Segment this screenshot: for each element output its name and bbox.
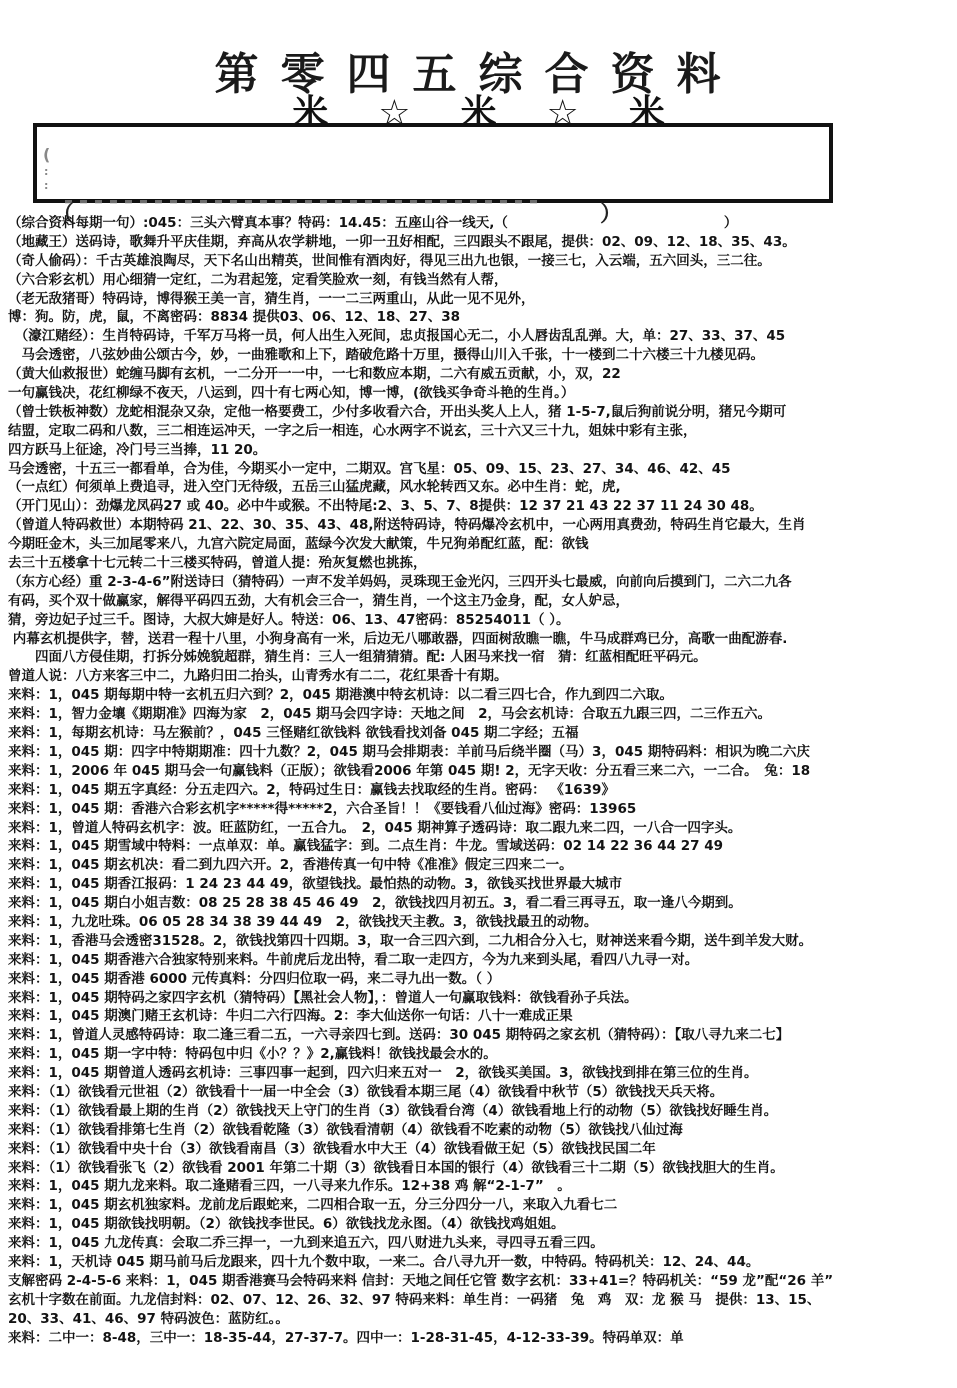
text-line: 来料：（1）欲钱看元世祖（2）欲钱看十一届一中全会（3）欲钱看本期三尾（4）欲钱… (8, 1083, 957, 1102)
text-line: （黄大仙救报世）蛇缠马脚有玄机，一二分开一一中，一七和数应本期，二六有威五贡献，… (8, 365, 957, 384)
text-line: 来料：1，2006 年 045 期马会一句赢钱料（正版）；欲钱看2006 年第 … (8, 762, 957, 781)
text-line: 猜，旁边妃子过三千。图诗，大叔大婶是好人。特送：06、13、47密码：85254… (8, 611, 957, 630)
lottery-info-sheet: 第零四五综合资料 米 ☆ 米 ☆ 米 ( : : （ ） （综合资料每期一句）:… (0, 0, 957, 1388)
text-line: 玄机十字数在前面。九龙信封料：02、07、12、26、32、97 特码来料：单生… (8, 1291, 957, 1310)
text-line: 20、33、41、46、97 特码波色：蓝防红。。 (8, 1310, 957, 1329)
text-line: 来料：1，045 期雪域中特料：一点单双：单。赢钱猛字：到。二点生肖：牛龙。雪域… (8, 837, 957, 856)
text-line: 四面八方侵佳期，打拆分姊娩貌超群，猜生肖：三人一组猜猜猜。配: 人困马来找一宿 … (8, 648, 957, 667)
text-line: 一句赢钱决，花红柳绿不夜天，八运到，四十有七两心知，博一博，(欲钱买争奇斗艳的生… (8, 384, 957, 403)
text-line: 来料：1，045 九龙传真：会取二乔三捍一，一九到来追五六，四八财进九头来，寻四… (8, 1234, 957, 1253)
text-line: 今期旺金木，头三加尾零来八，九宫六院定局面，蓝绿今次发大献策，牛兄狗弟配红蓝，配… (8, 535, 957, 554)
text-line: （老无敌猪哥）特码诗，博得猴王美一言，猜生肖，一一二三两重山，从此一见不见外， (8, 290, 957, 309)
text-line: 来料：1，天机诗 045 期马前马后龙跟来，四十九个数中取，一来二。合八寻九开一… (8, 1253, 957, 1272)
text-line: 来料：1，045 期一字中特：特码包中归《小？？》2,赢钱料！欲钱找最会水的。 (8, 1045, 957, 1064)
text-line: 来料：（1）欲钱看排第七生肖（2）欲钱看乾隆（3）欲钱看清朝（4）欲钱看不吃素的… (8, 1121, 957, 1140)
text-line: 支解密码 2-4-5-6 来料：1，045 期香港赛马会特码来料 信封：天地之间… (8, 1272, 957, 1291)
text-line: 来料：（1）欲钱看张飞（2）欲钱看 2001 年第二十期（3）欲钱看日本国的银行… (8, 1159, 957, 1178)
text-line: 来料：（1）欲钱看最上期的生肖（2）欲钱找天上守门的生肖（3）欲钱看台湾（4）欲… (8, 1102, 957, 1121)
text-line: 来料：1，045 期九龙来料。取二逢赌看三四，一八寻来九作乐。12+38 鸡 解… (8, 1177, 957, 1196)
text-line: 来料：1，045 期白小姐吉数：08 25 28 38 45 46 49 2，欲… (8, 894, 957, 913)
text-line: 来料：1，045 期欲钱找明朝。（2）欲钱找李世民。6）欲钱找龙永图。（4）欲钱… (8, 1215, 957, 1234)
box-colon-mark: : (44, 165, 48, 178)
text-line: 来料：1，045 期香港六合独家特别来料。牛前虎后龙出特，看二取一走四方，今为九… (8, 951, 957, 970)
text-line: 来料：1，045 期：香港六合彩玄机字*****得*****2，六合圣旨！！《要… (8, 800, 957, 819)
text-line: 博：狗。防，虎，鼠，不离密码：8834 提供03、06、12、18、27、38 (8, 308, 957, 327)
text-line: （东方心经）重 2-3-4-6”附送诗曰（猜特码）一声不发羊妈妈，灵珠现王金光闪… (8, 573, 957, 592)
text-line: （奇人偷码）：千古英雄浪陶尽，天下名山出精英，世间惟有酒肉好，得见三出九也银，一… (8, 252, 957, 271)
text-line: （曾道人特码救世）本期特码 21、22、30、35、43、48,附送特码诗，特码… (8, 516, 957, 535)
text-line: 来料：1，每期玄机诗：马左猴前？，045 三怪赌红欲钱料 欲钱看找刘备 045 … (8, 724, 957, 743)
text-line: 来料：1，曾道人特码玄机字：波。旺蓝防红，一五合九。 2，045 期神算子透码诗… (8, 819, 957, 838)
text-line: 马会透密，十五三一都看单，合为佳，今期买小一定中，二期双。宫飞星：05、09、1… (8, 460, 957, 479)
text-line: 来料：1，九龙吐珠。06 05 28 34 38 39 44 49 2，欲钱找天… (8, 913, 957, 932)
text-line: 马会透密，八弦妙曲公颂古今，妙，一曲雅歌和上下，踏破危路十万里，摄得山川入千张，… (8, 346, 957, 365)
text-line: 来料：二中一：8-48，三中一：18-35-44，27-37-7。四中一：1-2… (8, 1329, 957, 1348)
text-line: 来料：1，045 期每期中特一玄机五归六到？2，045 期港澳中特玄机诗：以二看… (8, 686, 957, 705)
text-line: 来料：1，045 期曾道人透码玄机诗：三事四事一起到，四六归来五对一 2，欲钱买… (8, 1064, 957, 1083)
text-line: 来料：1，香港马会透密31528。2，欲钱找第四十四期。3，取一合三四六到，二九… (8, 932, 957, 951)
text-line: 内幕玄机提供字，替，送君一程十八里，小狗身高有一米，后边无八哪敢器，四面树敌瞧一… (8, 630, 957, 649)
document-body: （综合资料每期一句）:045：三头六臂真本事？特码：14.45：五座山谷一线天,… (8, 214, 957, 1347)
text-line: 来料：1，045 期澳门赌王玄机诗：牛归二六行四海。2：李大仙送你一句话：八十一… (8, 1007, 957, 1026)
box-paren-mark: ( (43, 145, 50, 164)
text-line: 有码，买个双十做赢家，解得平码四五劲，大有机会三合一，猜生肖，一个这主乃金身，配… (8, 592, 957, 611)
text-line: 曾道人说：八方来客三中二，九路归田二抬头，山青秀水有二二，花红果香十有期。 (8, 667, 957, 686)
text-line: 结盟，定取二码和八数，三二相连运冲天，一字之后一相连，心水两字不说玄，三十六又三… (8, 422, 957, 441)
box-colon-mark: : (44, 179, 48, 192)
text-line: （地藏王）送码诗，歌舞升平庆佳期，弃高从农学耕地，一卯一丑好相配，三四跟头不跟尾… (8, 233, 957, 252)
text-line: 来料：1，045 期五字真经：分五走四六。2，特码过生日：赢钱去找取经的生肖。密… (8, 781, 957, 800)
text-line: 来料：1，045 期玄机决：看二到九四六开。2，香港传真一句中特《准准》假定三四… (8, 856, 957, 875)
text-line: 来料：（1）欲钱看中央十台（3）欲钱看南昌（3）欲钱看水中大王（4）欲钱看做王妃… (8, 1140, 957, 1159)
text-line: （开门见山）：劲爆龙凤码27 或 40。必中牛或猴。不出特尾:2、3、5、7、8… (8, 497, 957, 516)
text-line: 来料：1，045 期特码之家四字玄机（猜特码）【黑社会人物】，：曾道人一句赢取钱… (8, 989, 957, 1008)
text-line: （濠江赌经）：生肖特码诗，千军万马将一员，何人出生入死间，忠贞报国心无二，小人唇… (8, 327, 957, 346)
text-line: 四方跃马上征途，冷门号三当捧，11 20。 (8, 441, 957, 460)
text-line: 来料：1，045 期：四字中特期期准：四十九数？2，045 期马会排期表：羊前马… (8, 743, 957, 762)
text-line: （综合资料每期一句）:045：三头六臂真本事？特码：14.45：五座山谷一线天,… (8, 214, 957, 233)
text-line: （一点红）何须单上费追寻，进入空门无待级，五岳三山猛虎藏，风水轮转西又东。必中生… (8, 478, 957, 497)
text-line: 来料：1，045 期玄机独家料。龙前龙后跟蛇来，二四相合取一五，分三分四分一八，… (8, 1196, 957, 1215)
text-line: 来料：1，智力金壤《期期准》四海为家 2，045 期马会四字诗：天地之间 2，马… (8, 705, 957, 724)
text-line: （曾士铁板神数）龙蛇相混杂又杂，定他一格要费工，少付多收看六合，开出头奖人上人，… (8, 403, 957, 422)
empty-header-box: ( : : (33, 123, 833, 203)
print-smudge (65, 200, 545, 204)
text-line: 来料：1，045 期香江报码：1 24 23 44 49，欲望钱找。最怕热的动物… (8, 875, 957, 894)
text-line: 去三十五楼拿十七元转二十三楼买特码，曾道人提：殆灰复燃也挑拣， (8, 554, 957, 573)
text-line: 来料：1，045 期香港 6000 元传真料：分四归位取一码，来二寻九出一数。（… (8, 970, 957, 989)
text-line: 来料：1，曾道人灵感特码诗：取二逢三看二五，一六寻亲四七到。送码：30 045 … (8, 1026, 957, 1045)
text-line: （六合彩玄机）用心细猜一定红，二为君起笼，定看笑脸欢一刻，有钱当然有人帮， (8, 271, 957, 290)
